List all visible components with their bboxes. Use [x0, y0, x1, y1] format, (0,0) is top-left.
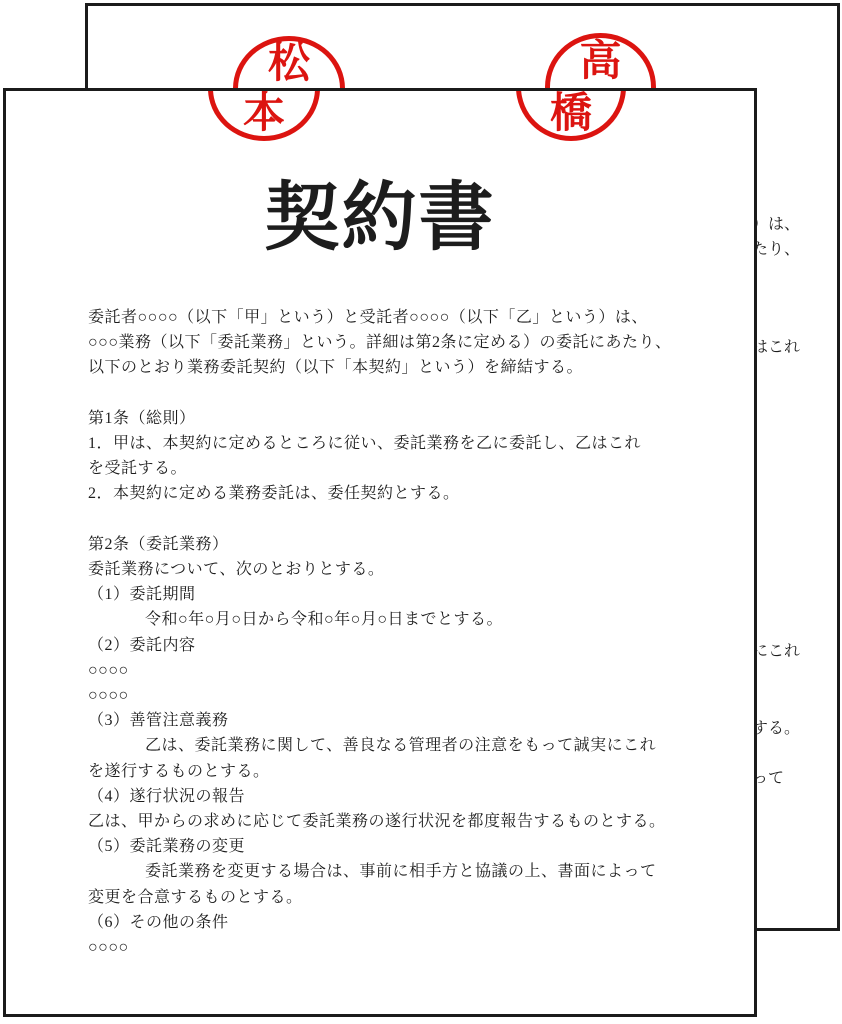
back-page-line-fragment: たり、 — [752, 237, 800, 262]
body-line: （6）その他の条件 — [88, 910, 728, 935]
body-line: 2．本契約に定める業務委託は、委任契約とする。 — [88, 481, 728, 506]
body-line: 変更を合意するものとする。 — [88, 885, 728, 910]
body-line: 第2条（委託業務） — [88, 532, 728, 557]
hanko-character: 松 — [233, 43, 345, 85]
body-line: 1．甲は、本契約に定めるところに従い、委託業務を乙に委託し、乙はこれ — [88, 431, 728, 456]
body-line: 乙は、甲からの求めに応じて委託業務の遂行状況を都度報告するものとする。 — [88, 809, 728, 834]
hanko-character: 高 — [545, 41, 656, 83]
body-line: ○○○○ — [88, 658, 728, 683]
body-line: （1）委託期間 — [88, 582, 728, 607]
body-line: （3）善管注意義務 — [88, 708, 728, 733]
back-page-line-fragment: はこれ — [752, 335, 800, 360]
hanko-character: 本 — [208, 93, 320, 135]
contract-title: 契約書 — [6, 177, 754, 257]
back-page-line-fragment: にこれ — [752, 639, 800, 664]
body-line: 委託業務を変更する場合は、事前に相手方と協議の上、書面によって — [88, 859, 728, 884]
body-line: を受託する。 — [88, 456, 728, 481]
hanko-stamp-matsumoto-bottom-half: 本 — [208, 91, 320, 141]
hanko-stamp-takahashi-top-half: 高 — [545, 33, 656, 88]
body-line: （5）委託業務の変更 — [88, 834, 728, 859]
body-line: を遂行するものとする。 — [88, 759, 728, 784]
body-line: ○○○○ — [88, 935, 728, 960]
contract-body: 委託者○○○○（以下「甲」という）と受託者○○○○（以下「乙」という）は、○○○… — [88, 305, 728, 960]
body-line — [88, 507, 728, 532]
contract-document-stack: ）は、 たり、 はこれ にこれ する。 って 契約書 委託者○○○○（以下「甲」… — [0, 0, 842, 1024]
body-line: 第1条（総則） — [88, 406, 728, 431]
hanko-stamp-matsumoto-top-half: 松 — [233, 36, 345, 88]
back-page-line-fragment: ）は、 — [752, 212, 800, 237]
body-line: 令和○年○月○日から令和○年○月○日までとする。 — [88, 607, 728, 632]
body-line: ○○○○ — [88, 683, 728, 708]
front-page-sheet: 契約書 委託者○○○○（以下「甲」という）と受託者○○○○（以下「乙」という）は… — [3, 88, 757, 1017]
hanko-character: 橋 — [516, 93, 626, 135]
body-line — [88, 381, 728, 406]
body-line: 以下のとおり業務委託契約（以下「本契約」という）を締結する。 — [88, 355, 728, 380]
hanko-stamp-takahashi-bottom-half: 橋 — [516, 91, 626, 141]
body-line: 乙は、委託業務に関して、善良なる管理者の注意をもって誠実にこれ — [88, 733, 728, 758]
back-page-line-fragment: する。 — [752, 716, 800, 741]
body-line: 委託業務について、次のとおりとする。 — [88, 557, 728, 582]
body-line: （4）遂行状況の報告 — [88, 784, 728, 809]
body-line: （2）委託内容 — [88, 633, 728, 658]
body-line: 委託者○○○○（以下「甲」という）と受託者○○○○（以下「乙」という）は、 — [88, 305, 728, 330]
body-line: ○○○業務（以下「委託業務」という。詳細は第2条に定める）の委託にあたり、 — [88, 330, 728, 355]
